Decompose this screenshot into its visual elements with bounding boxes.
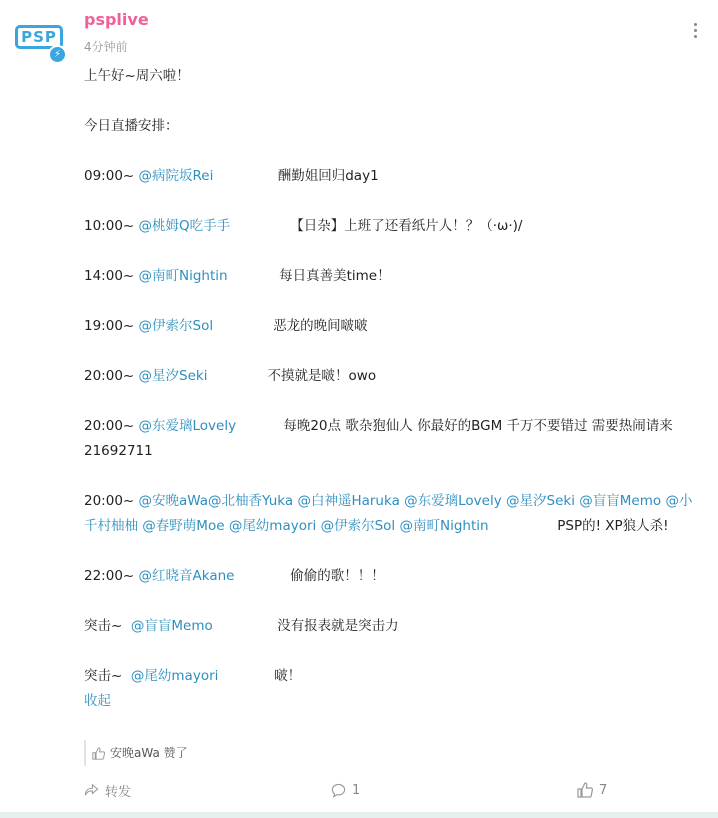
mention-link[interactable]: @红晓音Akane: [139, 568, 235, 584]
schedule-item: 14:00~ @南町Nightin 每日真善美time！: [84, 264, 704, 289]
schedule-item: 10:00~ @桃姆Q吃手手 【日杂】上班了还看纸片人！？（·ω·)/: [84, 214, 704, 239]
schedule-title: 每日真善美time！: [279, 268, 391, 284]
mention-link[interactable]: @伊索尔Sol: [139, 318, 214, 334]
repost-label: 转发: [105, 781, 131, 800]
collapse-link[interactable]: 收起: [84, 689, 704, 714]
verified-lightning-icon: ⚡: [48, 45, 67, 64]
action-bar: 转发 1 7: [0, 778, 718, 802]
spacer: [489, 518, 558, 534]
schedule-title: 没有报表就是突击力: [277, 618, 399, 634]
post-card: PSP ⚡ psplive 4分钟前 上午好~周六啦！ 今日直播安排： 09:0…: [0, 0, 718, 812]
mention-link[interactable]: @桃姆Q吃手手: [139, 218, 231, 234]
schedule-item: 20:00~ @东爱璃Lovely 每晚20点 歌杂狍仙人 你最好的BGM 千万…: [84, 414, 704, 464]
schedule-item: 突击~ @尾幼mayori 啵！: [84, 664, 704, 689]
mention-link[interactable]: @尾幼mayori: [229, 518, 316, 534]
comment-count: 1: [352, 783, 360, 798]
mention-link[interactable]: @春野萌Moe: [142, 518, 224, 534]
schedule-time: 09:00~: [84, 168, 139, 184]
schedule-item: 20:00~ @星汐Seki 不摸就是啵！owo: [84, 364, 704, 389]
post-content: 上午好~周六啦！ 今日直播安排： 09:00~ @病院坂Rei 酬勤姐回归day…: [84, 64, 704, 714]
schedule-title: 恶龙的晚间啵啵: [273, 318, 368, 334]
schedule-item: 20:00~ @安晚aWa@北柚香Yuka @白神遥Haruka @东爱璃Lov…: [84, 489, 704, 539]
thumbs-up-icon: [92, 747, 105, 760]
spacer: [234, 568, 290, 584]
schedule-time: 10:00~: [84, 218, 139, 234]
like-count: 7: [599, 783, 607, 798]
schedule-time: 20:00~: [84, 418, 139, 434]
like-button[interactable]: 7: [577, 778, 607, 802]
schedule-time: 20:00~: [84, 493, 139, 509]
mention-link[interactable]: @星汐Seki: [506, 493, 575, 509]
liked-by-bar: 安晚aWa 赞了: [84, 740, 188, 766]
schedule-title: 【日杂】上班了还看纸片人！？（·ω·)/: [290, 218, 522, 234]
schedule-item: 突击~ @盲盲Memo 没有报表就是突击力: [84, 614, 704, 639]
schedule-item: 22:00~ @红晓音Akane 偷偷的歌！！！: [84, 564, 704, 589]
spacer: [213, 168, 277, 184]
more-options-icon[interactable]: [690, 23, 700, 43]
avatar[interactable]: PSP ⚡: [15, 22, 65, 62]
spacer: [213, 618, 277, 634]
mention-link[interactable]: @盲盲Memo: [579, 493, 661, 509]
schedule-item: 19:00~ @伊索尔Sol 恶龙的晚间啵啵: [84, 314, 704, 339]
mention-link[interactable]: @南町Nightin: [139, 268, 228, 284]
mention-link[interactable]: @东爱璃Lovely: [404, 493, 502, 509]
mention-link[interactable]: @星汐Seki: [139, 368, 208, 384]
spacer: [218, 668, 274, 684]
mention-link[interactable]: @病院坂Rei: [139, 168, 214, 184]
repost-icon: [84, 783, 99, 797]
spacer: [228, 268, 280, 284]
thumbs-up-icon: [577, 782, 593, 798]
schedule-title: 酬勤姐回归day1: [278, 168, 379, 184]
schedule-title: 偷偷的歌！！！: [290, 568, 385, 584]
spacer: [213, 318, 273, 334]
mention-link[interactable]: @盲盲Memo: [131, 618, 213, 634]
spacer: [236, 418, 283, 434]
mention-link[interactable]: @白神遥Haruka: [297, 493, 399, 509]
comment-button[interactable]: 1: [331, 778, 360, 802]
post-time: 4分钟前: [84, 38, 128, 55]
mention-link[interactable]: @尾幼mayori: [131, 668, 218, 684]
schedule-time: 突击~: [84, 618, 131, 634]
spacer: [207, 368, 267, 384]
schedule-item: 09:00~ @病院坂Rei 酬勤姐回归day1: [84, 164, 704, 189]
repost-button[interactable]: 转发: [84, 778, 131, 802]
schedule-time: 22:00~: [84, 568, 139, 584]
liked-by-text[interactable]: 安晚aWa 赞了: [110, 740, 188, 766]
greeting: 上午好~周六啦！: [84, 64, 704, 89]
mention-link[interactable]: @北柚香Yuka: [208, 493, 293, 509]
schedule-time: 突击~: [84, 668, 131, 684]
mention-link[interactable]: @伊索尔Sol: [321, 518, 396, 534]
schedule-time: 20:00~: [84, 368, 139, 384]
schedule-title: 啵！: [274, 668, 301, 684]
schedule-title: 不摸就是啵！owo: [268, 368, 377, 384]
bottom-divider: [0, 812, 718, 818]
schedule-time: 14:00~: [84, 268, 139, 284]
username[interactable]: psplive: [84, 10, 149, 29]
comment-icon: [331, 783, 346, 798]
mention-link[interactable]: @东爱璃Lovely: [139, 418, 237, 434]
schedule-time: 19:00~: [84, 318, 139, 334]
schedule-list: 09:00~ @病院坂Rei 酬勤姐回归day110:00~ @桃姆Q吃手手 【…: [84, 164, 704, 689]
schedule-title: PSP的! XP狼人杀!: [557, 518, 668, 534]
schedule-title: 今日直播安排：: [84, 114, 704, 139]
mention-link[interactable]: @南町Nightin: [399, 518, 488, 534]
mention-link[interactable]: @安晚aWa: [139, 493, 209, 509]
spacer: [230, 218, 290, 234]
